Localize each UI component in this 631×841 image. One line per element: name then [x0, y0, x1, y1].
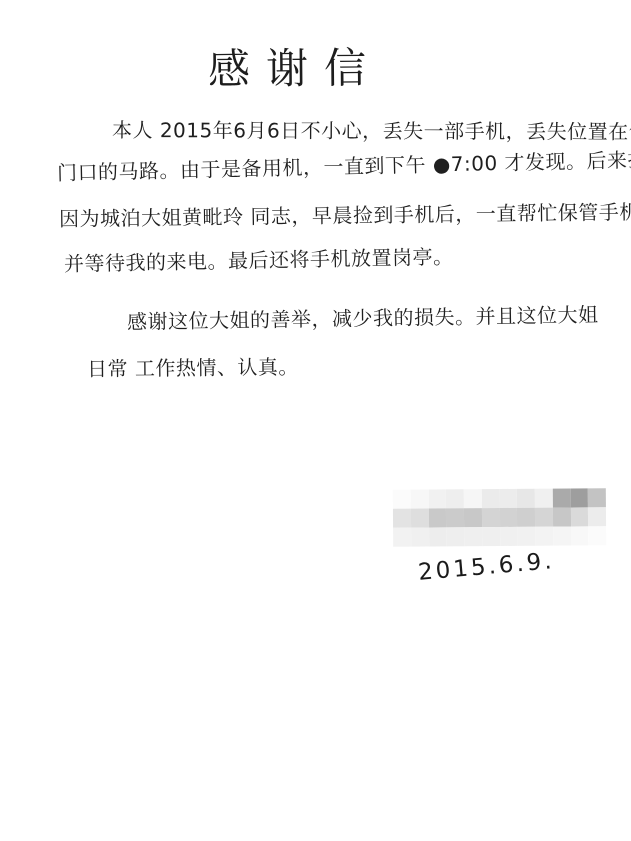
mosaic-cell [535, 527, 553, 546]
mosaic-cell [411, 508, 429, 527]
mosaic-cell [499, 508, 517, 527]
mosaic-cell [553, 527, 571, 546]
letter-title: 感谢信 [0, 33, 590, 98]
mosaic-cell [570, 488, 588, 507]
mosaic-cell [571, 526, 589, 545]
mosaic-cell [588, 488, 606, 507]
mosaic-cell [446, 508, 464, 527]
mosaic-cell [411, 489, 429, 508]
letter-line: 日常 工作热情、认真。 [87, 351, 299, 382]
letter-paper: 感谢信 本人 2015年6月6日不小心，丢失一部手机，丢失位置在包间西区角 门口… [0, 0, 631, 841]
mosaic-cell [570, 507, 588, 526]
mosaic-cell [553, 489, 571, 508]
mosaic-cell [428, 508, 446, 527]
mosaic-cell [446, 489, 464, 508]
mosaic-cell [428, 489, 446, 508]
mosaic-cell [482, 527, 500, 546]
mosaic-cell [393, 528, 411, 547]
mosaic-cell [535, 489, 553, 508]
mosaic-cell [464, 489, 482, 508]
mosaic-cell [393, 509, 411, 528]
mosaic-cell [588, 507, 606, 526]
mosaic-cell [500, 527, 518, 546]
letter-line: 感谢这位大姐的善举，减少我的损失。并且这位大姐 [127, 299, 599, 335]
mosaic-cell [393, 490, 411, 509]
mosaic-cell [517, 508, 535, 527]
mosaic-cell [482, 489, 500, 508]
mosaic-cell [588, 526, 606, 545]
letter-line: 并等待我的来电。最后还将手机放置岗亭。 [64, 241, 454, 277]
mosaic-cell [517, 527, 535, 546]
mosaic-cell [553, 508, 571, 527]
mosaic-cell [446, 527, 464, 546]
mosaic-cell [411, 527, 429, 546]
letter-date: 2015.6.9. [417, 548, 555, 586]
mosaic-cell [482, 508, 500, 527]
mosaic-cell [464, 527, 482, 546]
letter-line: 因为城泊大姐黄毗玲 同志，早晨捡到手机后，一直帮忙保管手机， [59, 196, 631, 232]
mosaic-cell [429, 527, 447, 546]
mosaic-cell [499, 489, 517, 508]
mosaic-cell [464, 508, 482, 527]
letter-line: 门口的马路。由于是备用机，一直到下午 ●7:00 才发现。后来找到是 [57, 143, 631, 186]
redacted-signature-mosaic [393, 488, 606, 546]
mosaic-cell [535, 508, 553, 527]
mosaic-cell [517, 489, 535, 508]
letter-line: 本人 2015年6月6日不小心，丢失一部手机，丢失位置在包间西区角 [112, 114, 631, 145]
